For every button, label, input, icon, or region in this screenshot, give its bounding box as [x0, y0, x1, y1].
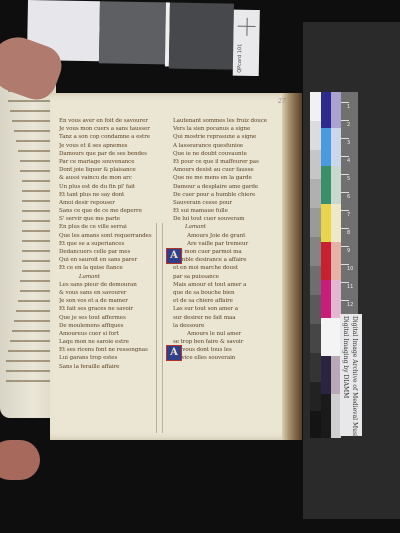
decorated-initial: A: [166, 248, 182, 264]
verso-page-curled: [0, 78, 56, 418]
page-edges: [282, 93, 302, 440]
card-label: QPcard 101: [237, 44, 244, 73]
diamm-credit-label: Digital Imaging by DIAMM Digital Image A…: [340, 314, 362, 436]
text-column-b: Lautenant sommes les fruiz douce Vers la…: [173, 117, 267, 363]
recto-page: En vous aver en foit de savourer Je vous…: [50, 93, 300, 440]
hand-holding-page-bottom: [0, 440, 40, 480]
ruling-line: [162, 223, 163, 433]
text-column-a: En vous aver en foit de savourer Je vous…: [59, 117, 152, 371]
decorated-initial: A: [166, 345, 182, 361]
rubric-lamant: Lamant: [173, 223, 267, 231]
credit-line-2: Digital Image Archive of Medieval Music: [351, 316, 358, 440]
card-label-area: QPcard 101: [233, 10, 260, 76]
folio-number: 27: [278, 98, 286, 105]
ruling-line: [156, 223, 157, 433]
mid-grey-patch: [99, 1, 166, 64]
ruler: 1 2 3 4 5 6 7 8 9 10 11 12: [341, 92, 358, 314]
crosshair-icon-vertical: [246, 18, 247, 36]
dark-grey-patch: [169, 2, 234, 69]
credit-line-1: Digital Imaging by DIAMM: [342, 316, 349, 398]
